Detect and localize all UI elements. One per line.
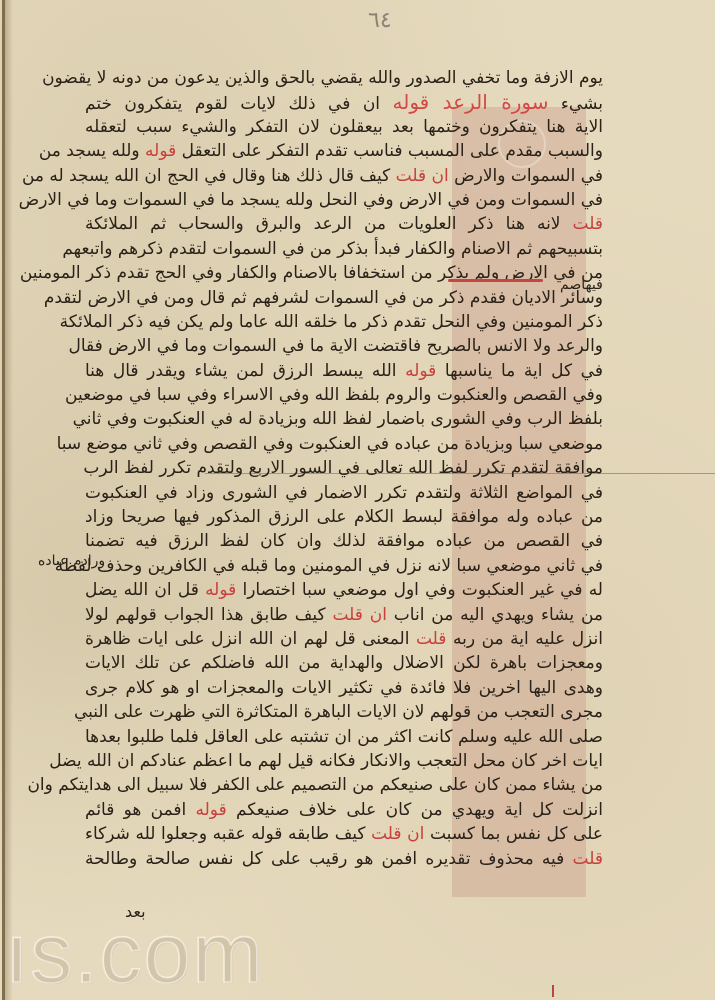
text-line: مجرى التعجب من قولهم لان الايات الباهرة … bbox=[85, 700, 603, 724]
line-text: والسبب مقدم على المسبب فناسب تقدم التفكر… bbox=[176, 141, 603, 161]
line-text: في القصص من عباده موافقة لذلك وان كان لف… bbox=[85, 531, 603, 551]
rubric-text: سورة الرعد قوله bbox=[393, 90, 549, 114]
text-line: موافقة لتقدم تكرر لفظ الله تعالى في السو… bbox=[85, 456, 603, 480]
text-line: قلت لانه هنا ذكر العلويات من الرعد والبر… bbox=[85, 212, 603, 236]
text-line: بشيء سورة الرعد قوله ان في ذلك لايات لقو… bbox=[85, 90, 603, 114]
rubric-text: ان قلت bbox=[396, 166, 449, 186]
line-text: بلفظ الرب وفي الشورى باضمار لفظ الله وبز… bbox=[73, 409, 603, 429]
text-line: في ثاني موضعي سبا لانه نزل في المومنين و… bbox=[85, 554, 603, 578]
text-line: من عباده وله موافقة لبسط الكلام على الرز… bbox=[85, 505, 603, 529]
line-text: في كل اية ما يناسبها bbox=[436, 361, 603, 381]
red-underline-mark bbox=[448, 279, 543, 282]
text-line: في المواضع الثلاثة ولتقدم تكرر الاضمار ف… bbox=[85, 481, 603, 505]
line-text: من يشاء ويهدي اليه من اناب bbox=[387, 605, 603, 625]
rubric-text: قلت bbox=[573, 214, 603, 234]
text-line: وسائر الاديان فقدم ذكر من في السموات لشر… bbox=[85, 286, 603, 310]
manuscript-page: ٦٤ يوم الازفة وما تخفي الصدور والله يقضي… bbox=[0, 0, 715, 1000]
line-text: وسائر الاديان فقدم ذكر من في السموات لشر… bbox=[44, 288, 603, 308]
text-line: وفي القصص والعنكبوت والروم بلفظ الله وفي… bbox=[85, 383, 603, 407]
line-text: ومعجزات باهرة لكن الاضلال والهداية من ال… bbox=[85, 653, 603, 673]
text-line: انزلت كل اية ويهدي من كان على خلاف صنيعك… bbox=[85, 798, 603, 822]
line-text: وهدى اليها اخرين فلا فائدة في تكثير الاي… bbox=[85, 678, 603, 698]
rubric-text: قوله bbox=[196, 800, 227, 820]
text-line: الاية هنا يتفكرون وختمها بعد بيعقلون لان… bbox=[85, 115, 603, 139]
rubric-text: قوله bbox=[145, 141, 176, 161]
line-text-continued: كيف طابق هذا الجواب قولهم لولا bbox=[85, 605, 332, 625]
line-text-continued: كيف قال ذلك هنا وقال في الحج ان الله يسج… bbox=[22, 166, 396, 186]
line-text: انزلت كل اية ويهدي من كان على خلاف صنيعك… bbox=[227, 800, 603, 820]
text-line: بلفظ الرب وفي الشورى باضمار لفظ الله وبز… bbox=[85, 407, 603, 431]
text-line: من يشاء ويهدي اليه من اناب ان قلت كيف طا… bbox=[85, 603, 603, 627]
text-line: له في غير العنكبوت وفي اول موضعي سبا اخت… bbox=[85, 578, 603, 602]
line-text-continued: افمن هو قائم bbox=[85, 800, 196, 820]
text-line: في كل اية ما يناسبها قوله الله يبسط الرز… bbox=[85, 359, 603, 383]
red-ink-mark bbox=[552, 985, 554, 997]
line-text-continued: ولله يسجد من bbox=[39, 141, 145, 161]
text-line: ذكر المومنين وفي النحل تقدم ذكر ما خلقه … bbox=[85, 310, 603, 334]
line-text-continued: الله يبسط الرزق لمن يشاء ويقدر قال هنا bbox=[85, 361, 405, 381]
text-line: من يشاء ممن كان على صنيعكم من التصميم عل… bbox=[85, 773, 603, 797]
line-text-continued: لانه هنا ذكر العلويات من الرعد والبرق وا… bbox=[85, 214, 573, 234]
line-text-continued: كيف طابقه قوله عقبه وجعلوا لله شركاء bbox=[85, 824, 371, 844]
text-line: يوم الازفة وما تخفي الصدور والله يقضي با… bbox=[85, 66, 603, 90]
text-line: وهدى اليها اخرين فلا فائدة في تكثير الاي… bbox=[85, 676, 603, 700]
text-line: موضعي سبا وبزيادة من عباده في العنكبوت و… bbox=[85, 432, 603, 456]
line-text-continued: قل ان الله يضل bbox=[85, 580, 205, 600]
line-text: في ثاني موضعي سبا لانه نزل في المومنين و… bbox=[55, 556, 603, 576]
line-text: وفي القصص والعنكبوت والروم بلفظ الله وفي… bbox=[65, 385, 603, 405]
rubric-text: قلت bbox=[573, 849, 603, 869]
line-text: في السموات ومن في الارض وفي النحل ولله ي… bbox=[19, 190, 603, 210]
line-text: الاية هنا يتفكرون وختمها بعد بيعقلون لان… bbox=[85, 117, 603, 137]
text-line: في السموات والارض ان قلت كيف قال ذلك هنا… bbox=[85, 164, 603, 188]
text-line: انزل عليه اية من ربه قلت المعنى قل لهم ا… bbox=[85, 627, 603, 651]
margin-note-right: فيهاصم bbox=[560, 277, 603, 293]
rubric-text: ان قلت bbox=[371, 824, 424, 844]
rubric-text: قلت bbox=[416, 629, 446, 649]
text-line: والسبب مقدم على المسبب فناسب تقدم التفكر… bbox=[85, 139, 603, 163]
line-text: بتسبيحهم ثم الاصنام والكفار فبدأ بذكر من… bbox=[62, 239, 603, 259]
text-line: في السموات ومن في الارض وفي النحل ولله ي… bbox=[85, 188, 603, 212]
line-text-continued: فيه محذوف تقديره افمن هو رقيب على كل نفس… bbox=[85, 849, 573, 869]
line-text-continued: ان في ذلك لايات لقوم يتفكرون ختم bbox=[85, 94, 393, 114]
line-text-continued: المعنى قل لهم ان الله انزل على ايات ظاهر… bbox=[85, 629, 416, 649]
line-text: في السموات والارض bbox=[449, 166, 603, 186]
line-text: ايات اخر كان محل التعجب والانكار فكانه ق… bbox=[49, 751, 603, 771]
rubric-text: ان قلت bbox=[332, 605, 387, 625]
line-text: من يشاء ممن كان على صنيعكم من التصميم عل… bbox=[27, 775, 603, 795]
text-line: ومعجزات باهرة لكن الاضلال والهداية من ال… bbox=[85, 651, 603, 675]
line-text: له في غير العنكبوت وفي اول موضعي سبا اخت… bbox=[236, 580, 603, 600]
page-edge-shadow bbox=[5, 0, 13, 1000]
text-line: في القصص من عباده موافقة لذلك وان كان لف… bbox=[85, 529, 603, 553]
text-line: بتسبيحهم ثم الاصنام والكفار فبدأ بذكر من… bbox=[85, 237, 603, 261]
watermark-text: ıs.com bbox=[5, 905, 264, 1000]
rubric-text: قوله bbox=[405, 361, 436, 381]
main-text-block: يوم الازفة وما تخفي الصدور والله يقضي با… bbox=[85, 66, 603, 871]
line-text: صلى الله عليه وسلم كانت اكثر من ان تشتبه… bbox=[85, 727, 603, 747]
text-line: ايات اخر كان محل التعجب والانكار فكانه ق… bbox=[85, 749, 603, 773]
page-number: ٦٤ bbox=[368, 8, 392, 33]
text-line: على كل نفس بما كسبت ان قلت كيف طابقه قول… bbox=[85, 822, 603, 846]
line-text: بشيء bbox=[548, 94, 603, 114]
line-text: موضعي سبا وبزيادة من عباده في العنكبوت و… bbox=[57, 434, 603, 454]
line-text: موافقة لتقدم تكرر لفظ الله تعالى في السو… bbox=[83, 458, 603, 478]
line-text: انزل عليه اية من ربه bbox=[446, 629, 603, 649]
line-text: على كل نفس بما كسبت bbox=[424, 824, 603, 844]
line-text: والرعد ولا الانس بالصريح فاقتضت الاية ما… bbox=[68, 336, 603, 356]
line-text: من عباده وله موافقة لبسط الكلام على الرز… bbox=[85, 507, 603, 527]
line-text: في المواضع الثلاثة ولتقدم تكرر الاضمار ف… bbox=[85, 483, 603, 503]
text-line: والرعد ولا الانس بالصريح فاقتضت الاية ما… bbox=[85, 334, 603, 358]
line-text: مجرى التعجب من قولهم لان الايات الباهرة … bbox=[74, 702, 603, 722]
line-text: ذكر المومنين وفي النحل تقدم ذكر ما خلقه … bbox=[60, 312, 603, 332]
rubric-text: قوله bbox=[205, 580, 236, 600]
line-text: يوم الازفة وما تخفي الصدور والله يقضي با… bbox=[42, 68, 603, 88]
margin-note-left: ورادم عباده bbox=[38, 553, 105, 569]
text-line: صلى الله عليه وسلم كانت اكثر من ان تشتبه… bbox=[85, 725, 603, 749]
text-line: قلت فيه محذوف تقديره افمن هو رقيب على كل… bbox=[85, 847, 603, 871]
